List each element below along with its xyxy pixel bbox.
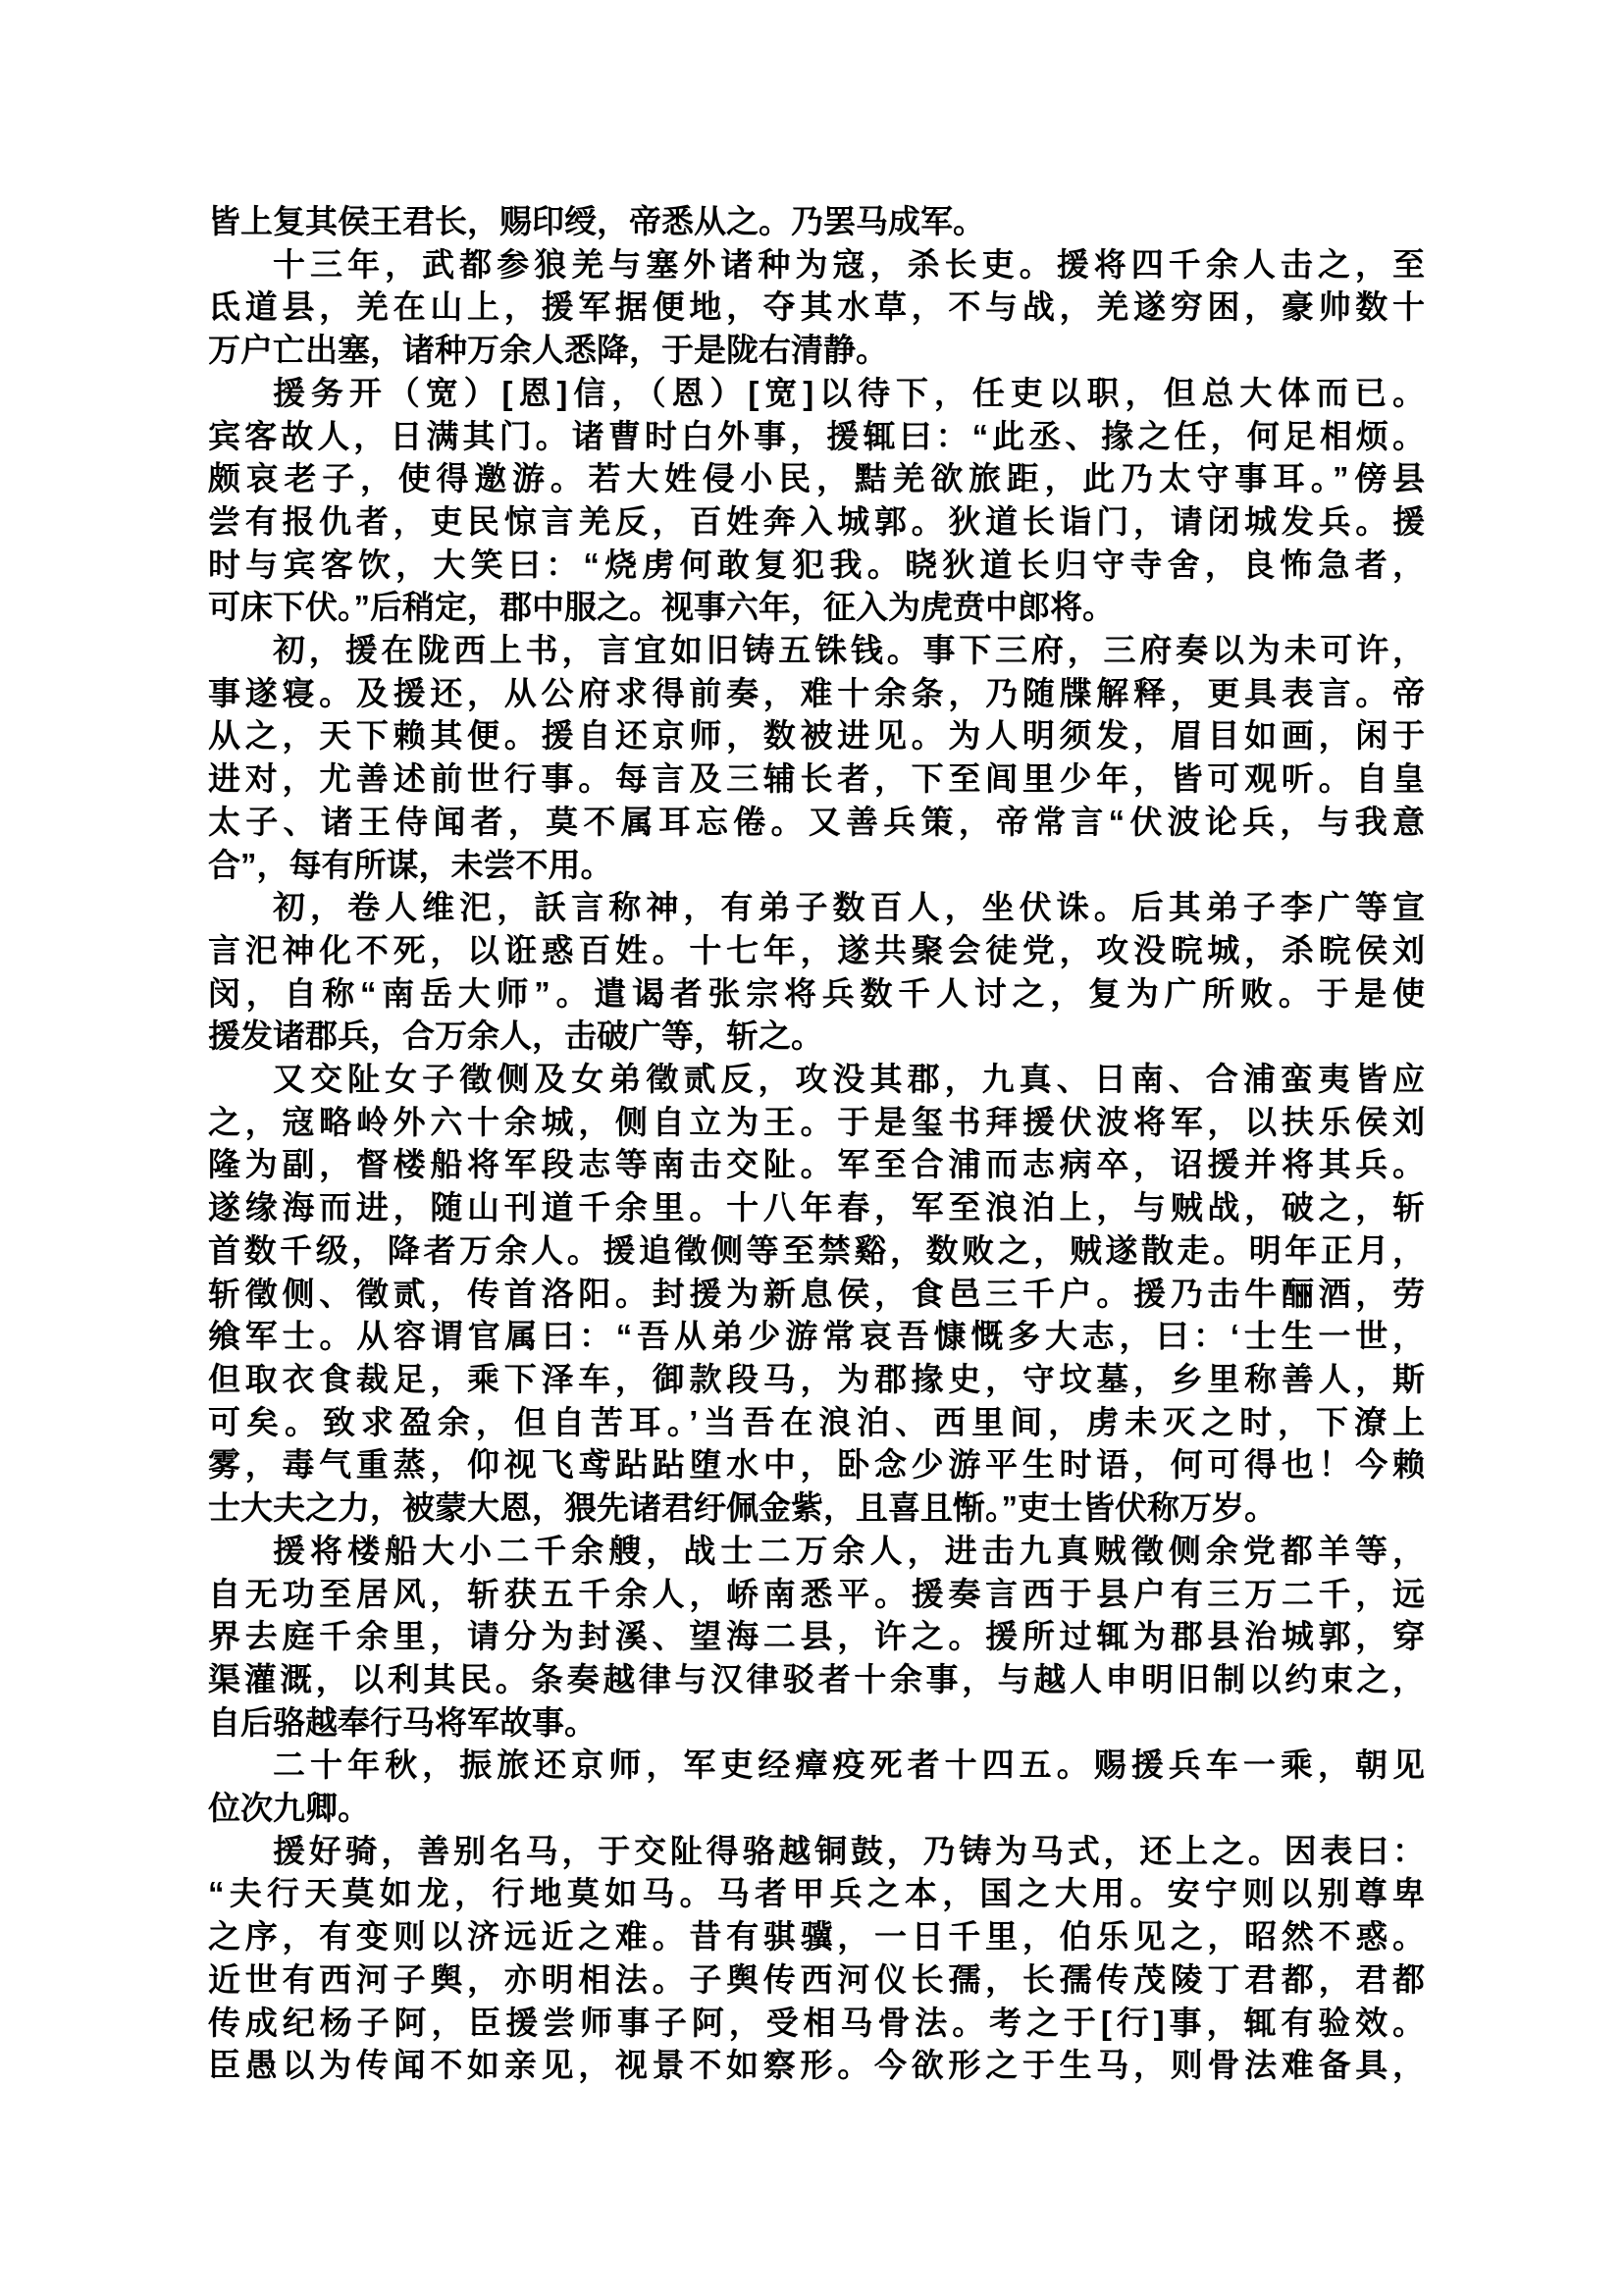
paragraph: 初，援在陇西上书，言宜如旧铸五铢钱。事下三府，三府奏以为未可许，事遂寝。及援还，…: [208, 629, 1425, 886]
text-line: 臣愚以为传闻不如亲见，视景不如察形。今欲形之于生马，则骨法难备具，: [208, 2044, 1425, 2087]
text-line: 从之，天下赖其便。援自还京师，数被进见。为人明须发，眉目如画，闲于: [208, 714, 1425, 757]
text-line: 援发诸郡兵，合万余人，击破广等，斩之。: [208, 1015, 1425, 1058]
text-line: 自无功至居风，斩获五千余人，峤南悉平。援奏言西于县户有三万二千，远: [208, 1573, 1425, 1616]
text-line: 援好骑，善别名马，于交阯得骆越铜鼓，乃铸为马式，还上之。因表曰：: [208, 1830, 1425, 1873]
text-line: 界去庭千余里，请分为封溪、望海二县，许之。援所过辄为郡县治城郭，穿: [208, 1615, 1425, 1658]
document-text: 皆上复其侯王君长，赐印绶，帝悉从之。乃罢马成军。十三年，武都参狼羌与塞外诸种为寇…: [208, 200, 1425, 2087]
text-line: 位次九卿。: [208, 1787, 1425, 1830]
text-line: 自后骆越奉行马将军故事。: [208, 1701, 1425, 1745]
text-line: 可床下伏。”后稍定，郡中服之。视事六年，征入为虎贲中郎将。: [208, 586, 1425, 629]
text-line: 十三年，武都参狼羌与塞外诸种为寇，杀长吏。援将四千余人击之，至: [208, 243, 1425, 287]
text-line: 遂缘海而进，随山刊道千余里。十八年春，军至浪泊上，与贼战，破之，斩: [208, 1186, 1425, 1229]
text-line: 初，卷人维汜，訞言称神，有弟子数百人，坐伏诛。后其弟子李广等宣: [208, 886, 1425, 929]
text-line: 又交阯女子徵侧及女弟徵贰反，攻没其郡，九真、日南、合浦蛮夷皆应: [208, 1058, 1425, 1101]
paragraph: 初，卷人维汜，訞言称神，有弟子数百人，坐伏诛。后其弟子李广等宣言汜神化不死，以诳…: [208, 886, 1425, 1058]
text-line: 渠灌溉，以利其民。条奏越律与汉律驳者十余事，与越人申明旧制以约束之，: [208, 1658, 1425, 1701]
text-line: 雾，毒气重蒸，仰视飞鸢跕跕堕水中，卧念少游平生时语，何可得也！今赖: [208, 1443, 1425, 1486]
text-line: 之序，有变则以济远近之难。昔有骐骥，一日千里，伯乐见之，昭然不惑。: [208, 1915, 1425, 1958]
text-line: 援务开（宽）[恩]信，（恩）[宽]以待下，任吏以职，但总大体而已。: [208, 372, 1425, 415]
paragraph: 援将楼船大小二千余艘，战士二万余人，进击九真贼徵侧余党都羊等，自无功至居风，斩获…: [208, 1530, 1425, 1745]
text-line: 太子、诸王侍闻者，莫不属耳忘倦。又善兵策，帝常言“伏波论兵，与我意: [208, 801, 1425, 844]
paragraph: 二十年秋，振旅还京师，军吏经瘴疫死者十四五。赐援兵车一乘，朝见位次九卿。: [208, 1744, 1425, 1829]
paragraph: 十三年，武都参狼羌与塞外诸种为寇，杀长吏。援将四千余人击之，至氐道县，羌在山上，…: [208, 243, 1425, 372]
text-line: 万户亡出塞，诸种万余人悉降，于是陇右清静。: [208, 329, 1425, 372]
paragraph: 援好骑，善别名马，于交阯得骆越铜鼓，乃铸为马式，还上之。因表曰：“夫行天莫如龙，…: [208, 1830, 1425, 2087]
text-line: 时与宾客饮，大笑曰：“烧虏何敢复犯我。晓狄道长归守寺舍，良怖急者，: [208, 544, 1425, 587]
paragraph: 援务开（宽）[恩]信，（恩）[宽]以待下，任吏以职，但总大体而已。宾客故人，日满…: [208, 372, 1425, 629]
text-line: 隆为副，督楼船将军段志等南击交阯。军至合浦而志病卒，诏援并将其兵。: [208, 1143, 1425, 1186]
text-line: 传成纪杨子阿，臣援尝师事子阿，受相马骨法。考之于[行]事，辄有验效。: [208, 2002, 1425, 2045]
text-line: 之，寇略岭外六十余城，侧自立为王。于是玺书拜援伏波将军，以扶乐侯刘: [208, 1101, 1425, 1144]
text-line: 飨军士。从容谓官属曰：“吾从弟少游常哀吾慷慨多大志，曰：‘士生一世，: [208, 1315, 1425, 1358]
text-line: 闵，自称“南岳大师”。遣谒者张宗将兵数千人讨之，复为广所败。于是使: [208, 972, 1425, 1016]
text-line: 近世有西河子舆，亦明相法。子舆传西河仪长孺，长孺传茂陵丁君都，君都: [208, 1958, 1425, 2002]
text-line: 合”，每有所谋，未尝不用。: [208, 844, 1425, 887]
paragraph: 又交阯女子徵侧及女弟徵贰反，攻没其郡，九真、日南、合浦蛮夷皆应之，寇略岭外六十余…: [208, 1058, 1425, 1530]
text-line: 氐道县，羌在山上，援军据便地，夺其水草，不与战，羌遂穷困，豪帅数十: [208, 286, 1425, 329]
text-line: 尝有报仇者，吏民惊言羌反，百姓奔入城郭。狄道长诣门，请闭城发兵。援: [208, 500, 1425, 544]
text-line: 事遂寝。及援还，从公府求得前奏，难十余条，乃随牒解释，更具表言。帝: [208, 672, 1425, 715]
text-line: “夫行天莫如龙，行地莫如马。马者甲兵之本，国之大用。安宁则以别尊卑: [208, 1872, 1425, 1915]
text-line: 初，援在陇西上书，言宜如旧铸五铢钱。事下三府，三府奏以为未可许，: [208, 629, 1425, 672]
text-line: 进对，尤善述前世行事。每言及三辅长者，下至闾里少年，皆可观听。自皇: [208, 757, 1425, 801]
text-line: 但取衣食裁足，乘下泽车，御款段马，为郡掾史，守坟墓，乡里称善人，斯: [208, 1358, 1425, 1401]
text-line: 士大夫之力，被蒙大恩，猥先诸君纡佩金紫，且喜且惭。”吏士皆伏称万岁。: [208, 1486, 1425, 1530]
text-line: 斩徵侧、徵贰，传首洛阳。封援为新息侯，食邑三千户。援乃击牛酾酒，劳: [208, 1273, 1425, 1316]
text-line: 援将楼船大小二千余艘，战士二万余人，进击九真贼徵侧余党都羊等，: [208, 1530, 1425, 1573]
text-line: 首数千级，降者万余人。援追徵侧等至禁谿，数败之，贼遂散走。明年正月，: [208, 1229, 1425, 1273]
text-line: 言汜神化不死，以诳惑百姓。十七年，遂共聚会徒党，攻没晥城，杀晥侯刘: [208, 929, 1425, 972]
text-line: 颇哀老子，使得邀游。若大姓侵小民，黠羌欲旅距，此乃太守事耳。”傍县: [208, 457, 1425, 500]
text-line: 二十年秋，振旅还京师，军吏经瘴疫死者十四五。赐援兵车一乘，朝见: [208, 1744, 1425, 1787]
text-line: 宾客故人，日满其门。诸曹时白外事，援辄曰：“此丞、掾之任，何足相烦。: [208, 415, 1425, 458]
document-page: 皆上复其侯王君长，赐印绶，帝悉从之。乃罢马成军。十三年，武都参狼羌与塞外诸种为寇…: [0, 0, 1624, 2294]
text-line: 可矣。致求盈余，但自苦耳。’当吾在浪泊、西里间，虏未灭之时，下潦上: [208, 1401, 1425, 1444]
text-line: 皆上复其侯王君长，赐印绶，帝悉从之。乃罢马成军。: [208, 200, 1425, 243]
paragraph: 皆上复其侯王君长，赐印绶，帝悉从之。乃罢马成军。: [208, 200, 1425, 243]
